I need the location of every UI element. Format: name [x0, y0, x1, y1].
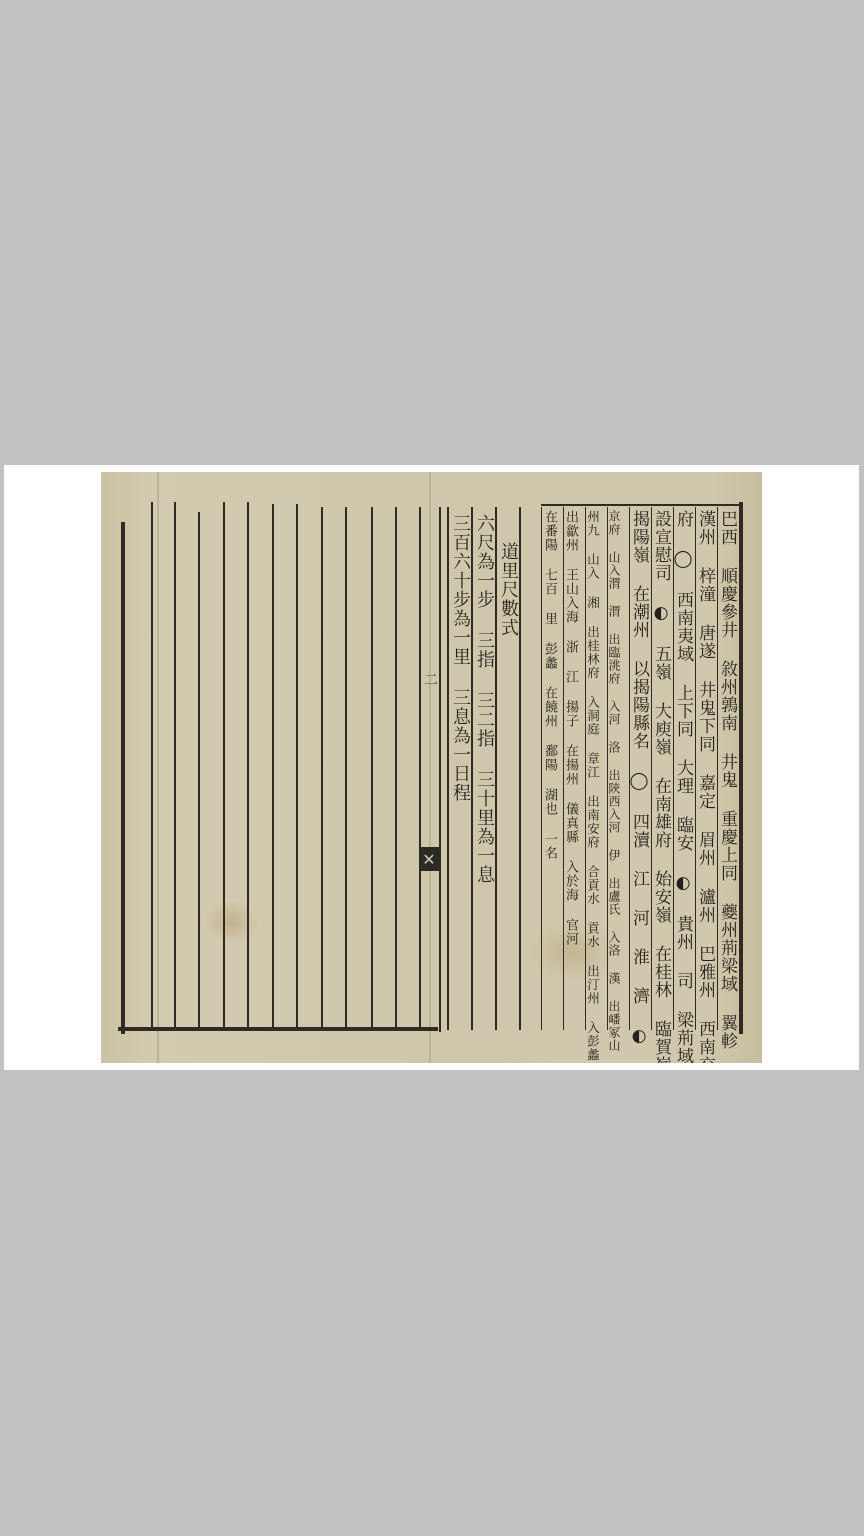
left-border-rule: [121, 522, 125, 1034]
bottom-border-rule: [118, 1027, 438, 1031]
column-rule: [151, 502, 153, 1030]
fishtail-mark-icon: ✕: [419, 847, 439, 871]
page-number: 二: [423, 672, 437, 687]
column-rule: [371, 507, 373, 1030]
measure-line-2: 三百六十步為一里 三息為一日程: [451, 514, 469, 802]
column-rule: [495, 507, 497, 1030]
column-rule: [471, 507, 473, 1030]
measure-line-1: 六尺為一步 三指 三二指 三十里為一息: [475, 514, 493, 884]
column-rule: [345, 507, 347, 1030]
column-rule: [296, 504, 298, 1030]
text-column-4: 設宣慰司 ◐ 五嶺 大庾嶺 在南雄府 始安嶺 在桂林 臨賀嶺 在平樂府: [652, 510, 669, 1063]
column-rule: [395, 507, 397, 1030]
text-column-8: 出歙州 王山入海 浙 江 揚子 在揚州 儀真縣 入於海 官河: [564, 510, 577, 946]
scanned-page-image[interactable]: 二 ✕ 巴西 順慶參井 敘州鶉南 井鬼 重慶上同 夔州荊梁域 翼軫 馬湖梁域 井…: [101, 472, 762, 1063]
column-rule: [198, 512, 200, 1030]
paper-center-fold: [429, 472, 431, 1063]
section-heading: 道里尺數式: [499, 542, 517, 637]
text-column-9: 在番陽 七百 里 彭蠡 在饒州 鄱陽 湖也 一名: [543, 510, 556, 860]
column-rule: [174, 502, 176, 1030]
text-column-7: 州九 山入 湘 出桂林府 入洞庭 章江 出南安府 合貢水 貢水 出汀州 入彭蠡: [586, 510, 599, 1062]
image-viewer-card: 二 ✕ 巴西 順慶參井 敘州鶉南 井鬼 重慶上同 夔州荊梁域 翼軫 馬湖梁域 井…: [4, 465, 859, 1070]
text-column-3: 府 ◯ 西南夷域 上下同 大理 臨安 ◐ 貴州 司 梁荊域 所居至明 參井 始一…: [674, 510, 691, 1063]
paper-fold: [157, 472, 159, 1063]
center-strip-rule: [439, 507, 441, 1032]
column-rule: [419, 507, 421, 1030]
top-border-rule: [541, 504, 741, 506]
text-column-6: 京府 山入渭 渭 出臨洮府 入河 洛 出陝西入河 伊 出盧氏 入洛 漢 出嶓冢山…: [608, 510, 620, 1063]
column-rule: [223, 502, 225, 1030]
text-column-1: 巴西 順慶參井 敘州鶉南 井鬼 重慶上同 夔州荊梁域 翼軫 馬湖梁域 井鬼下同 …: [718, 510, 735, 1063]
column-rule: [519, 507, 521, 1030]
column-rule: [247, 502, 249, 1030]
column-rule: [321, 507, 323, 1030]
right-border-rule: [739, 502, 743, 1034]
text-column-2: 漢州 梓潼 唐遂 井鬼下同 嘉定 眉州 瀘州 巴雅州 西南交 播州 夜郎 ◐ 雲…: [696, 510, 713, 1063]
text-column-5: 揭陽嶺 在潮州 以揭陽縣名 ◯ 四瀆 江 河 淮 濟 ◐ 十四川 涇: [630, 510, 647, 1063]
column-rule: [272, 504, 274, 1030]
column-rule: [447, 507, 449, 1030]
